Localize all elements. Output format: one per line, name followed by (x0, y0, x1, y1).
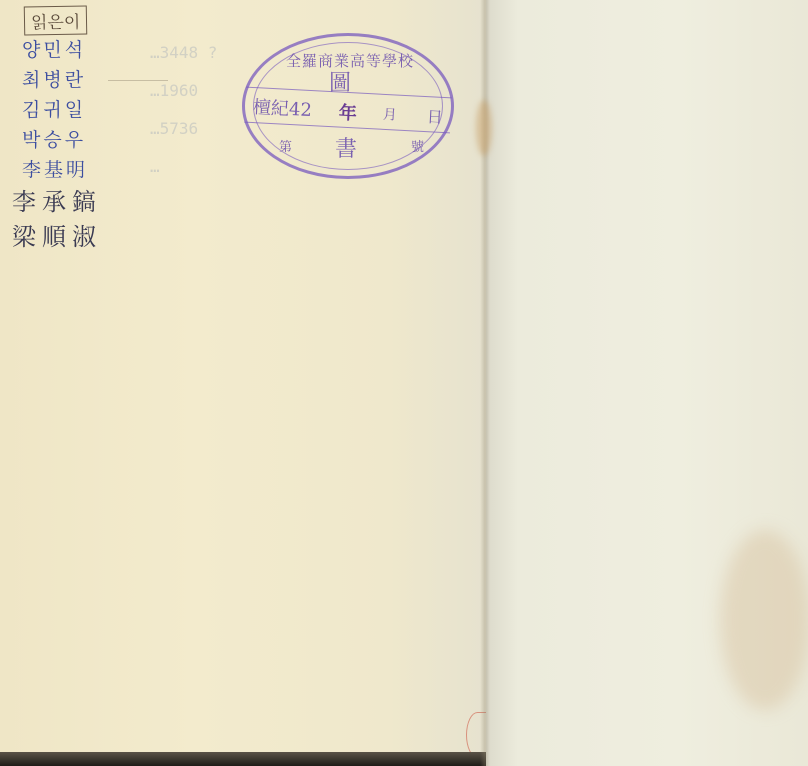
stamp-label-left: 第 (279, 136, 292, 155)
readers-list: 읽은이 양민석 최병란 김귀일 박승우 李基明 李承鎬 梁順淑 (8, 6, 128, 255)
stamp-label-right: 號 (411, 136, 424, 155)
library-stamp: 全羅商業高等學校 圖 檀紀42 年 月 日 書 第 號 (242, 33, 454, 179)
stamp-month-mark: 月 (382, 104, 397, 125)
reader-name: 김귀일 (22, 95, 128, 125)
reader-name: 李承鎬 (12, 185, 128, 220)
stamp-day-mark: 日 (426, 104, 443, 128)
book-bottom-edge (0, 752, 486, 766)
reader-name: 최병란 (22, 65, 128, 95)
book-spread: …3448 ? …1960 …5736 … 읽은이 양민석 최병란 김귀일 박승… (0, 0, 808, 766)
reader-name: 박승우 (22, 125, 128, 155)
left-page: …3448 ? …1960 …5736 … 읽은이 양민석 최병란 김귀일 박승… (0, 0, 486, 754)
stamp-bottom-char: 書 (335, 132, 357, 163)
water-stain (720, 530, 808, 710)
stamp-date-prefix: 檀紀42 (252, 93, 312, 122)
reader-name: 梁順淑 (12, 220, 128, 255)
stamp-year-mark: 年 (338, 99, 357, 126)
reader-name: 양민석 (22, 35, 128, 65)
gutter-stain (476, 100, 492, 156)
reader-name: 李基明 (22, 155, 128, 185)
readers-heading: 읽은이 (24, 5, 88, 35)
